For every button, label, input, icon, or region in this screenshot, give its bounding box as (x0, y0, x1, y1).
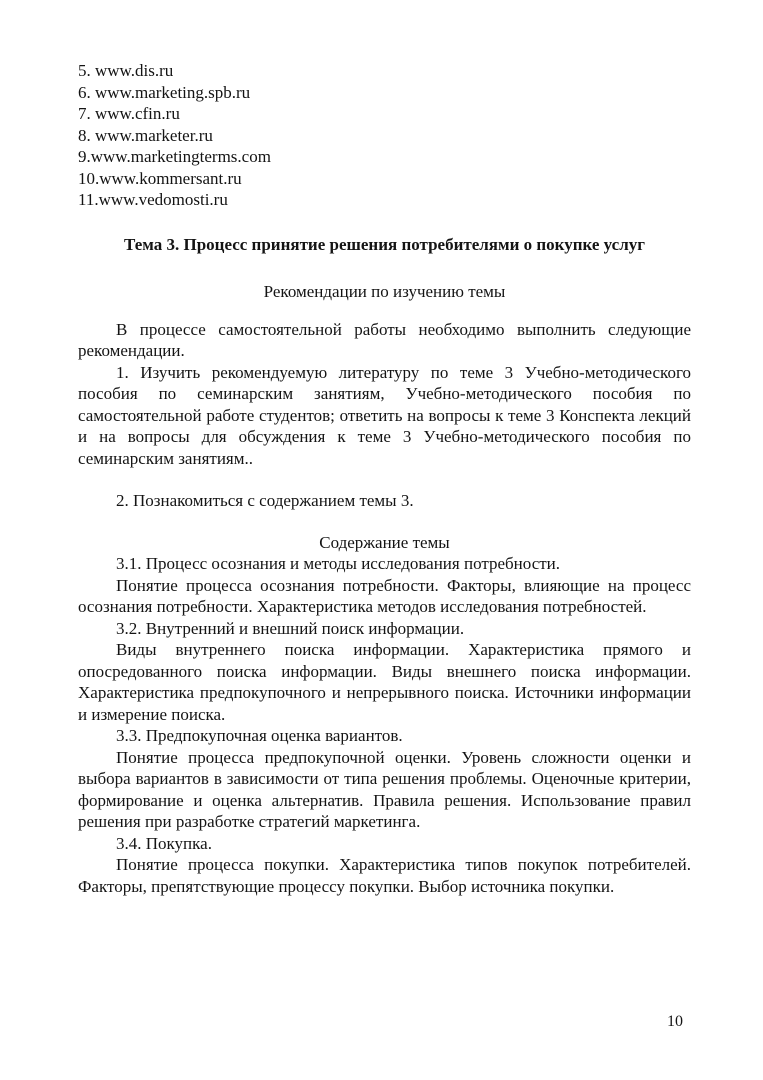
reference-url: 11.www.vedomosti.ru (78, 189, 691, 211)
page-content: 5. www.dis.ru 6. www.marketing.spb.ru 7.… (78, 60, 691, 897)
section-body-3-4: Понятие процесса покупки. Характеристика… (78, 854, 691, 897)
document-page: 5. www.dis.ru 6. www.marketing.spb.ru 7.… (0, 0, 763, 1080)
reference-url: 8. www.marketer.ru (78, 125, 691, 147)
section-heading-3-3: 3.3. Предпокупочная оценка вариантов. (78, 725, 691, 747)
section-heading-3-4: 3.4. Покупка. (78, 833, 691, 855)
section-body-3-3: Понятие процесса предпокупочной оценки. … (78, 747, 691, 833)
reference-url: 9.www.marketingterms.com (78, 146, 691, 168)
section-heading-3-1: 3.1. Процесс осознания и методы исследов… (78, 553, 691, 575)
reference-url: 10.www.kommersant.ru (78, 168, 691, 190)
topic-title: Тема 3. Процесс принятие решения потреби… (78, 234, 691, 256)
recommendation-item-1: 1. Изучить рекомендуемую литературу по т… (78, 362, 691, 470)
page-number: 10 (667, 1011, 683, 1033)
section-body-3-2: Виды внутреннего поиска информации. Хара… (78, 639, 691, 725)
reference-url: 5. www.dis.ru (78, 60, 691, 82)
recommendation-item-2: 2. Познакомиться с содержанием темы 3. (78, 490, 691, 512)
reference-url-list: 5. www.dis.ru 6. www.marketing.spb.ru 7.… (78, 60, 691, 211)
intro-paragraph: В процессе самостоятельной работы необхо… (78, 319, 691, 362)
reference-url: 7. www.cfin.ru (78, 103, 691, 125)
section-body-3-1: Понятие процесса осознания потребности. … (78, 575, 691, 618)
contents-title: Содержание темы (78, 532, 691, 554)
recommendations-subtitle: Рекомендации по изучению темы (78, 281, 691, 303)
section-heading-3-2: 3.2. Внутренний и внешний поиск информац… (78, 618, 691, 640)
reference-url: 6. www.marketing.spb.ru (78, 82, 691, 104)
